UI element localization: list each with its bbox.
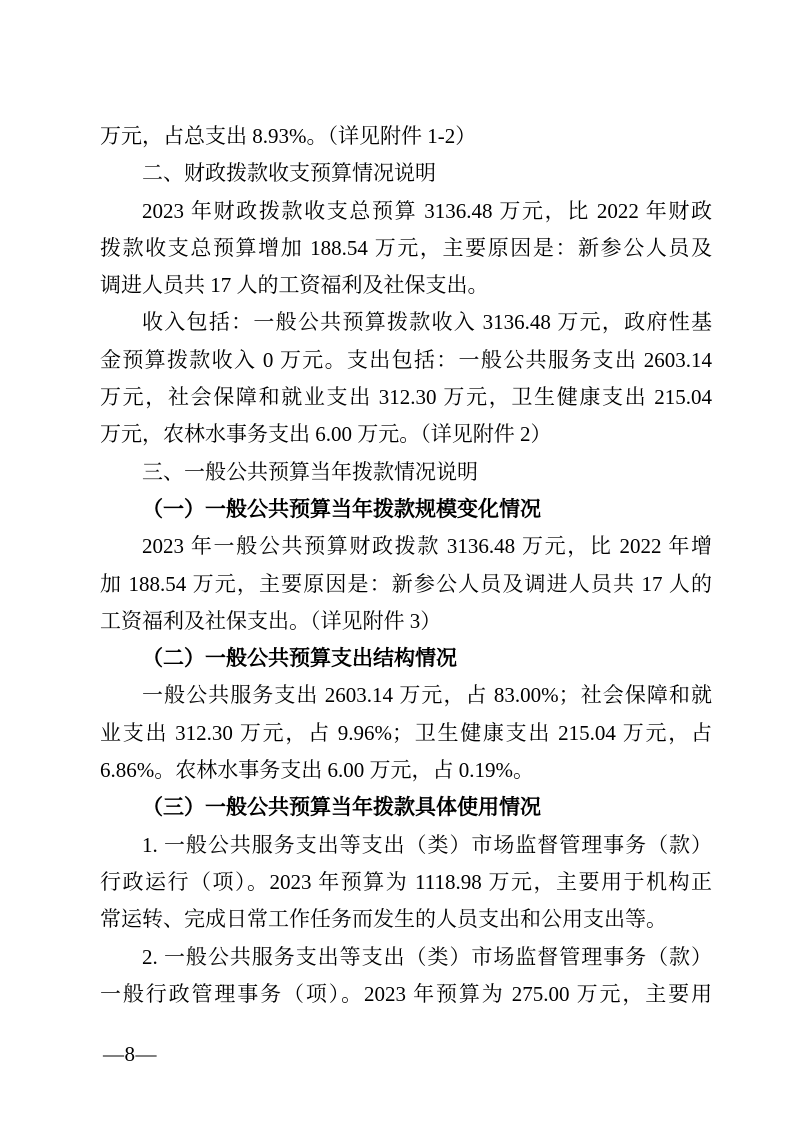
- body-text-line: 6.86%。农林水事务支出 6.00 万元，占 0.19%。: [100, 752, 712, 789]
- body-text-line: 加 188.54 万元，主要原因是：新参公人员及调进人员共 17 人的: [100, 566, 712, 603]
- body-text-line: 2023 年一般公共预算财政拨款 3136.48 万元，比 2022 年增: [100, 528, 712, 565]
- body-text-line: 一般行政管理事务（项）。2023 年预算为 275.00 万元，主要用: [100, 976, 712, 1013]
- body-text-line: 拨款收支总预算增加 188.54 万元，主要原因是：新参公人员及: [100, 230, 712, 267]
- body-text-line: 常运转、完成日常工作任务而发生的人员支出和公用支出等。: [100, 901, 712, 938]
- body-text-line: 万元，社会保障和就业支出 312.30 万元，卫生健康支出 215.04: [100, 379, 712, 416]
- page-number: —8—: [103, 1042, 157, 1066]
- body-text-line: 金预算拨款收入 0 万元。支出包括：一般公共服务支出 2603.14: [100, 342, 712, 379]
- body-text-line: 一般公共服务支出 2603.14 万元，占 83.00%；社会保障和就: [100, 677, 712, 714]
- body-text-line: 三、一般公共预算当年拨款情况说明: [100, 454, 712, 491]
- body-text-line: 2023 年财政拨款收支总预算 3136.48 万元，比 2022 年财政: [100, 193, 712, 230]
- body-text-line: 二、财政拨款收支预算情况说明: [100, 155, 712, 192]
- document-page: 万元，占总支出 8.93%。（详见附件 1-2）二、财政拨款收支预算情况说明20…: [0, 0, 793, 1122]
- body-text-line: 2. 一般公共服务支出等支出（类）市场监督管理事务（款）: [100, 939, 712, 976]
- body-text-line: 工资福利及社保支出。（详见附件 3）: [100, 603, 712, 640]
- section-heading-line: （三）一般公共预算当年拨款具体使用情况: [100, 789, 712, 826]
- body-text-line: 收入包括：一般公共预算拨款收入 3136.48 万元，政府性基: [100, 304, 712, 341]
- body-text-line: 万元，占总支出 8.93%。（详见附件 1-2）: [100, 118, 712, 155]
- body-text-line: 业支出 312.30 万元，占 9.96%；卫生健康支出 215.04 万元，占: [100, 715, 712, 752]
- body-text-line: 调进人员共 17 人的工资福利及社保支出。: [100, 267, 712, 304]
- body-text-line: 行政运行（项）。2023 年预算为 1118.98 万元，主要用于机构正: [100, 864, 712, 901]
- document-body: 万元，占总支出 8.93%。（详见附件 1-2）二、财政拨款收支预算情况说明20…: [100, 118, 712, 1013]
- body-text-line: 万元，农林水事务支出 6.00 万元。（详见附件 2）: [100, 416, 712, 453]
- section-heading-line: （二）一般公共预算支出结构情况: [100, 640, 712, 677]
- body-text-line: 1. 一般公共服务支出等支出（类）市场监督管理事务（款）: [100, 827, 712, 864]
- section-heading-line: （一）一般公共预算当年拨款规模变化情况: [100, 491, 712, 528]
